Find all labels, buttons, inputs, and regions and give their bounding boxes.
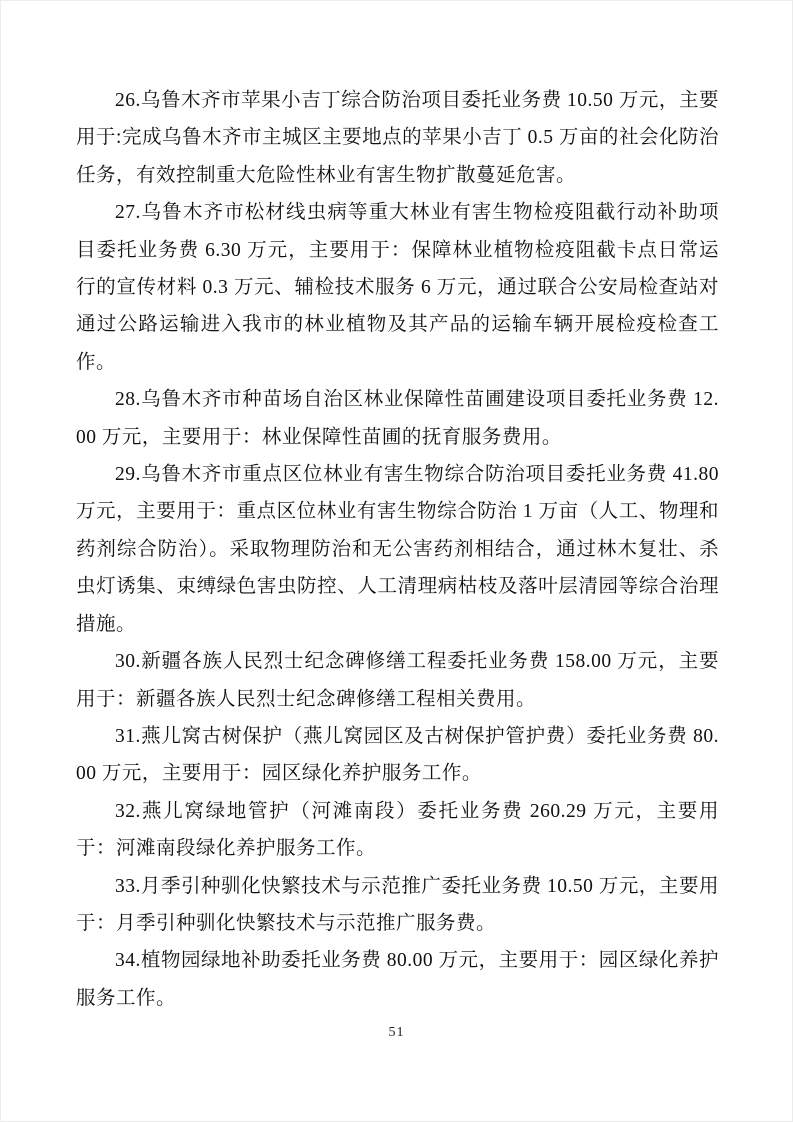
document-body: 26.乌鲁木齐市苹果小吉丁综合防治项目委托业务费 10.50 万元，主要用于:完… bbox=[76, 82, 719, 1017]
paragraph-item-28: 28.乌鲁木齐市种苗场自治区林业保障性苗圃建设项目委托业务费 12.00 万元，… bbox=[76, 381, 719, 456]
paragraph-item-29: 29.乌鲁木齐市重点区位林业有害生物综合防治项目委托业务费 41.80 万元，主… bbox=[76, 456, 719, 643]
paragraph-item-34: 34.植物园绿地补助委托业务费 80.00 万元，主要用于：园区绿化养护服务工作… bbox=[76, 942, 719, 1017]
page-number: 51 bbox=[1, 1023, 792, 1043]
paragraph-item-33: 33.月季引种驯化快繁技术与示范推广委托业务费 10.50 万元，主要用于：月季… bbox=[76, 868, 719, 943]
paragraph-item-31: 31.燕儿窝古树保护（燕儿窝园区及古树保护管护费）委托业务费 80.00 万元，… bbox=[76, 718, 719, 793]
paragraph-item-30: 30.新疆各族人民烈士纪念碑修缮工程委托业务费 158.00 万元，主要用于：新… bbox=[76, 643, 719, 718]
paragraph-item-27: 27.乌鲁木齐市松材线虫病等重大林业有害生物检疫阻截行动补助项目委托业务费 6.… bbox=[76, 194, 719, 381]
paragraph-item-26: 26.乌鲁木齐市苹果小吉丁综合防治项目委托业务费 10.50 万元，主要用于:完… bbox=[76, 82, 719, 194]
paragraph-item-32: 32.燕儿窝绿地管护（河滩南段）委托业务费 260.29 万元，主要用于：河滩南… bbox=[76, 793, 719, 868]
document-page: 26.乌鲁木齐市苹果小吉丁综合防治项目委托业务费 10.50 万元，主要用于:完… bbox=[0, 0, 793, 1122]
